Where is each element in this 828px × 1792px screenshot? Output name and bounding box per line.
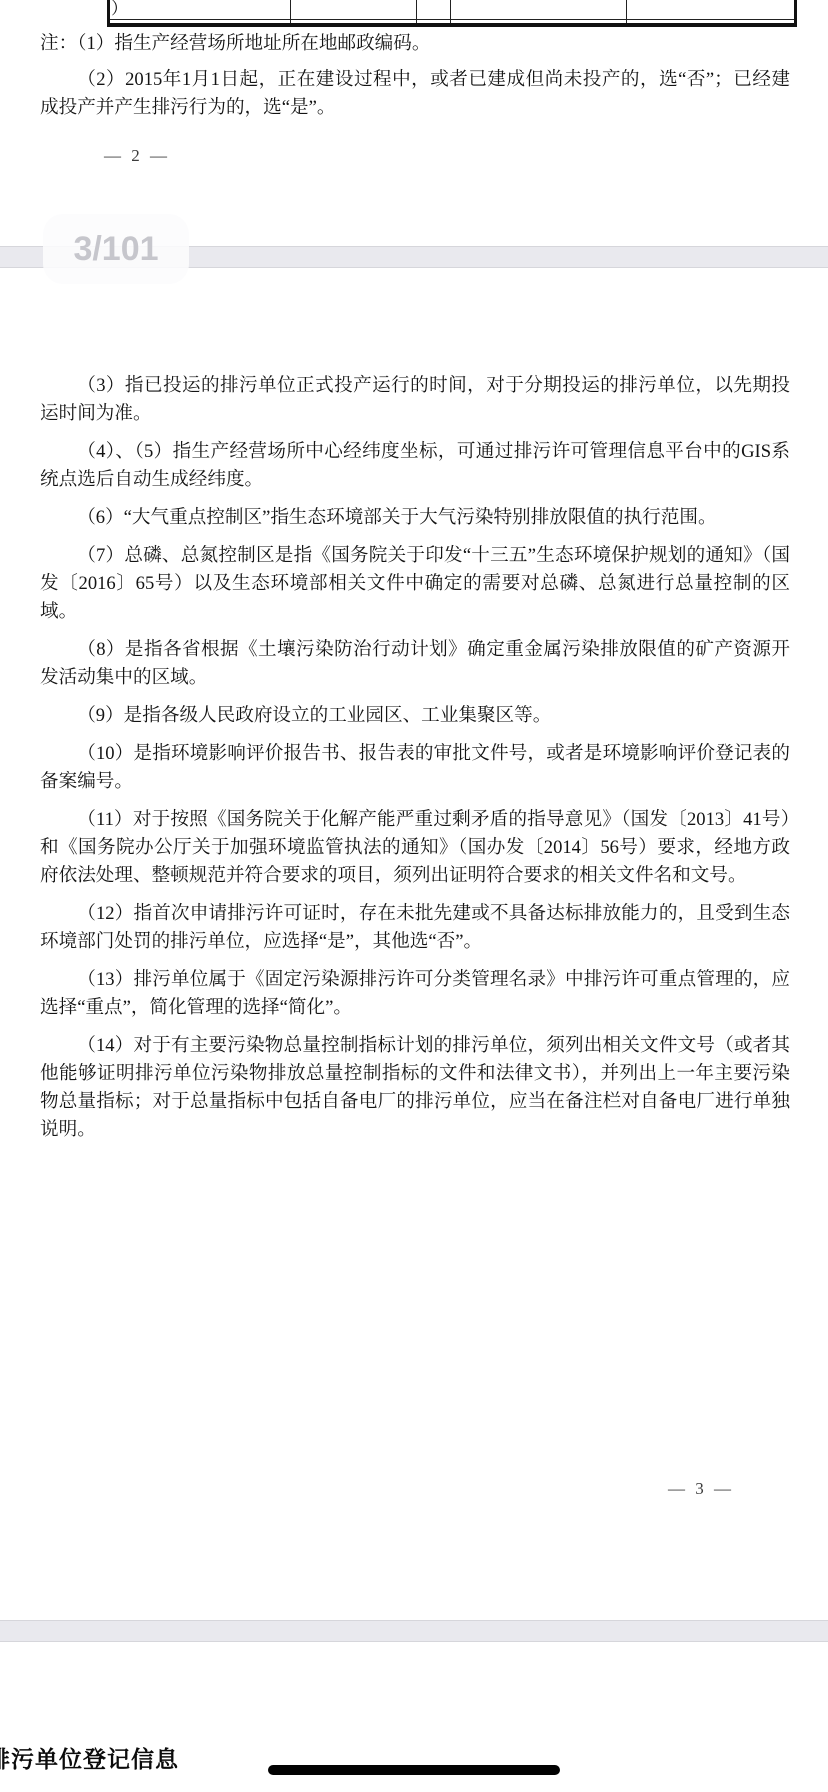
page-indicator-pill: 3/101 — [43, 214, 189, 284]
page3-notes: （3）指已投运的排污单位正式投产运行的时间，对于分期投运的排污单位，以先期投运时… — [40, 372, 790, 1154]
table-row-divider — [110, 19, 794, 20]
note-paragraph: （8）是指各省根据《土壤污染防治行动计划》确定重金属污染排放限值的矿产资源开发活… — [40, 636, 790, 692]
note-paragraph: （2）2015年1月1日起，正在建设过程中，或者已建成但尚未投产的，选“否”；已… — [40, 66, 790, 122]
note-paragraph: （10）是指环境影响评价报告书、报告表的审批文件号，或者是环境影响评价登记表的备… — [40, 740, 790, 796]
table-fragment: ） — [107, 0, 797, 27]
page-indicator-label: 3/101 — [73, 230, 158, 269]
page4-heading: 排污单位登记信息 — [0, 1741, 179, 1774]
page2-number: — 2 — — [104, 146, 170, 166]
note-paragraph: （13）排污单位属于《固定污染源排污许可分类管理名录》中排污许可重点管理的，应选… — [40, 966, 790, 1022]
note-paragraph: （6）“大气重点控制区”指生态环境部关于大气污染特别排放限值的执行范围。 — [40, 504, 790, 532]
table-cell-text: ） — [111, 0, 128, 19]
note-paragraph: （12）指首次申请排污许可证时，存在未批先建或不具备达标排放能力的，且受到生态环… — [40, 900, 790, 956]
home-indicator[interactable] — [268, 1765, 560, 1775]
note-paragraph: 注：（1）指生产经营场所地址所在地邮政编码。 — [40, 30, 790, 58]
note-paragraph: （11）对于按照《国务院关于化解产能严重过剩矛盾的指导意见》（国发〔2013〕4… — [40, 806, 790, 890]
page3-number: — 3 — — [668, 1479, 734, 1499]
note-paragraph: （7）总磷、总氮控制区是指《国务院关于印发“十三五”生态环境保护规划的通知》（国… — [40, 542, 790, 626]
note-paragraph: （14）对于有主要污染物总量控制指标计划的排污单位，须列出相关文件文号（或者其他… — [40, 1032, 790, 1144]
page2-notes: 注：（1）指生产经营场所地址所在地邮政编码。 （2）2015年1月1日起，正在建… — [40, 30, 790, 130]
page-separator — [0, 1620, 828, 1642]
document-viewer[interactable]: ） 注：（1）指生产经营场所地址所在地邮政编码。 （2）2015年1月1日起，正… — [0, 0, 828, 1792]
note-paragraph: （4）、（5）指生产经营场所中心经纬度坐标，可通过排污许可管理信息平台中的GIS… — [40, 438, 790, 494]
note-paragraph: （9）是指各级人民政府设立的工业园区、工业集聚区等。 — [40, 702, 790, 730]
note-paragraph: （3）指已投运的排污单位正式投产运行的时间，对于分期投运的排污单位，以先期投运时… — [40, 372, 790, 428]
